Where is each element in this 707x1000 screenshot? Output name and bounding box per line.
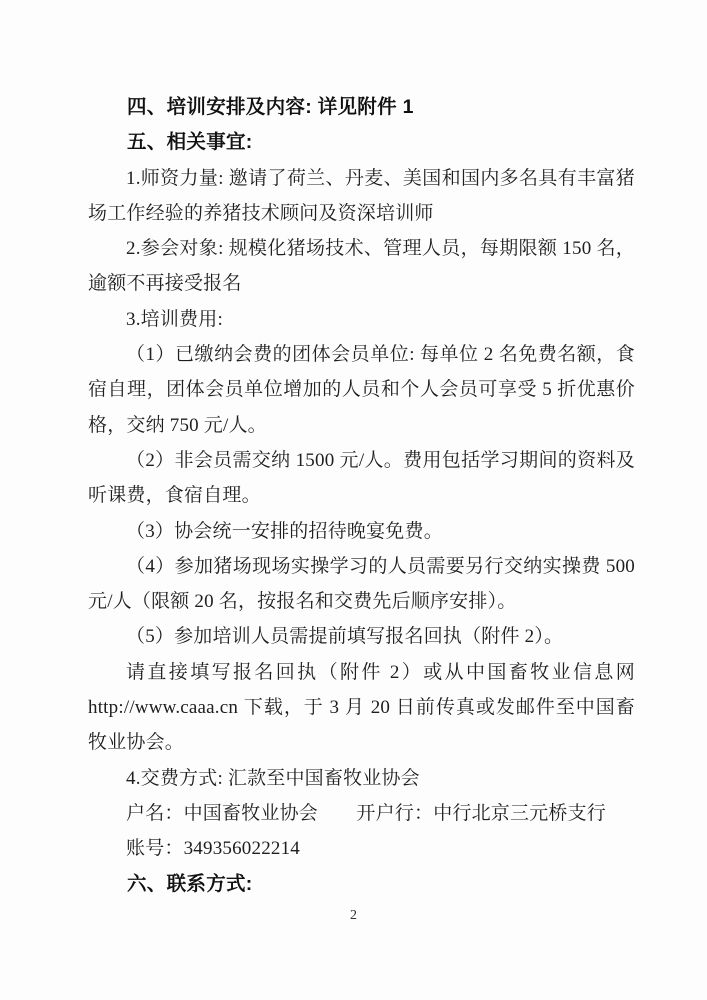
paragraph: 请直接填写报名回执（附件 2）或从中国畜牧业信息网 http://www.caa… <box>88 655 635 761</box>
page-number: 2 <box>350 908 357 923</box>
page-footer: 2 <box>0 906 707 924</box>
paragraph: （2）非会员需交纳 1500 元/人。费用包括学习期间的资料及听课费，食宿自理。 <box>88 443 635 514</box>
document-page: 四、培训安排及内容: 详见附件 1 五、相关事宜: 1.师资力量: 邀请了荷兰、… <box>0 0 707 1000</box>
paragraph: 4.交费方式: 汇款至中国畜牧业协会 <box>88 761 635 796</box>
paragraph: （4）参加猪场现场实操学习的人员需要另行交纳实操费 500 元/人（限额 20 … <box>88 549 635 620</box>
section-heading: 四、培训安排及内容: 详见附件 1 <box>88 90 635 125</box>
paragraph: 3.培训费用: <box>88 302 635 337</box>
paragraph: （3）协会统一安排的招待晚宴免费。 <box>88 514 635 549</box>
section-heading: 五、相关事宜: <box>88 125 635 160</box>
paragraph: 户名：中国畜牧业协会 开户行：中行北京三元桥支行 <box>88 796 635 831</box>
document-body: 四、培训安排及内容: 详见附件 1 五、相关事宜: 1.师资力量: 邀请了荷兰、… <box>88 90 635 902</box>
paragraph: 1.师资力量: 邀请了荷兰、丹麦、美国和国内多名具有丰富猪场工作经验的养猪技术顾… <box>88 161 635 232</box>
paragraph: （1）已缴纳会费的团体会员单位: 每单位 2 名免费名额，食宿自理，团体会员单位… <box>88 337 635 443</box>
paragraph: 账号：349356022214 <box>88 831 635 866</box>
paragraph: （5）参加培训人员需提前填写报名回执（附件 2）。 <box>88 619 635 654</box>
paragraph: 2.参会对象: 规模化猪场技术、管理人员，每期限额 150 名，逾额不再接受报名 <box>88 231 635 302</box>
section-heading: 六、联系方式: <box>88 867 635 902</box>
